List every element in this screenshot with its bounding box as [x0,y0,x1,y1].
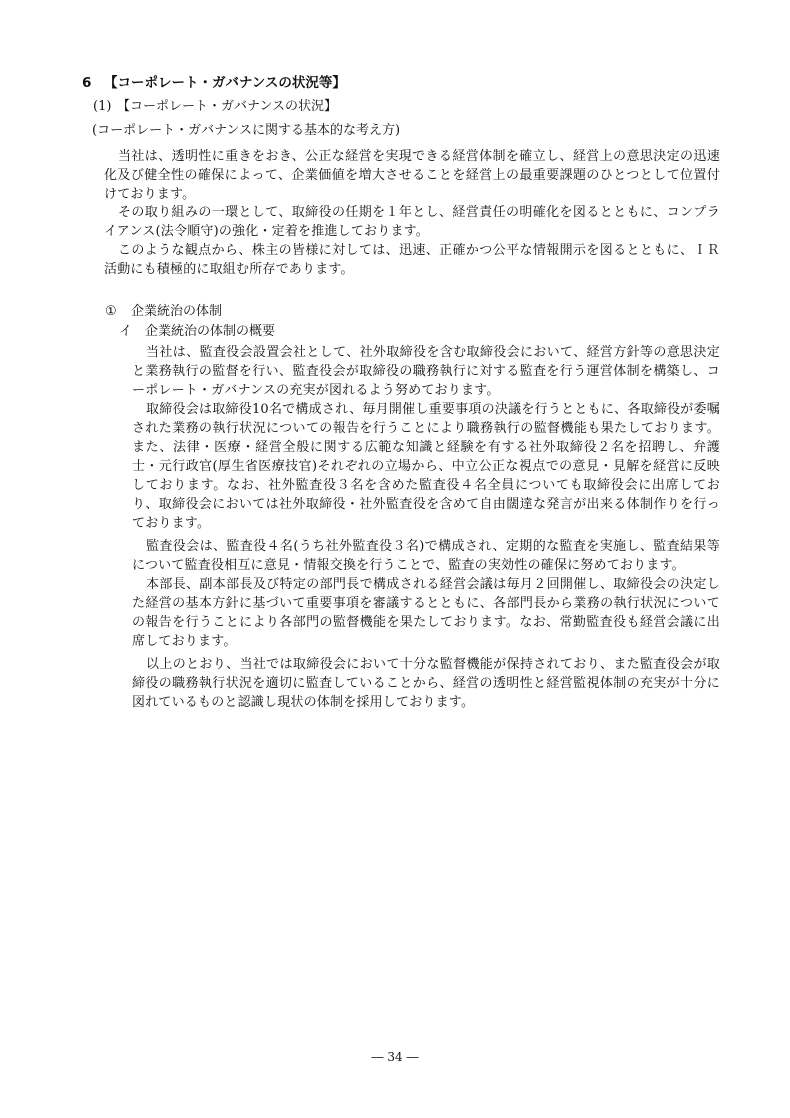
paragraph-line: り、取締役会においては社外取締役・社外監査役を含めて自由闊達な発言が出来る体制作… [132,496,720,514]
paragraph-line: された業務の執行状況についての報告を行うことにより職務執行の監督機能も果たしてお… [132,420,720,438]
paragraph-line: 以上のとおり、当社では取締役会において十分な監督機能が保持されており、また監査役… [146,656,720,674]
item-marker-i: イ [119,323,145,341]
governance-system-title: 企業統治の体制 [131,304,222,319]
paragraph-line: イアンス(法令順守)の強化・定着を推進しております。 [104,223,429,241]
subsection-title: 【コーポレート・ガバナンスの状況】 [117,99,337,114]
basic-policy-heading: (コーポレート・ガバナンスに関する基本的な考え方) [92,122,400,140]
paragraph-line: の報告を行うことにより各部門の監督機能を果たしております。なお、常勤監査役も経営… [132,614,720,632]
paragraph-line: 締役の職務執行状況を適切に監査していることから、経営の透明性と経営監視体制の充実… [132,675,720,693]
section-number: 6 [82,74,104,92]
document-page: 6【コーポレート・ガバナンスの状況等】 (1)【コーポレート・ガバナンスの状況】… [0,0,790,1118]
subsection-number: (1) [93,98,117,116]
paragraph-line: 当社は、監査役会設置会社として、社外取締役を含む取締役会において、経営方針等の意… [146,344,720,362]
paragraph-line: このような観点から、株主の皆様に対しては、迅速、正確かつ公平な情報開示を図るとと… [118,242,720,260]
paragraph-line: 本部長、副本部長及び特定の部門長で構成される経営会議は毎月２回開催し、取締役会の… [146,576,720,594]
paragraph-line: 士・元行政官(厚生省医療技官)それぞれの立場から、中立公正な視点での意見・見解を… [132,458,720,476]
paragraph-line: しております。なお、社外監査役３名を含めた監査役４名全員についても取締役会に出席… [132,477,720,495]
paragraph-line: と業務執行の監督を行い、監査役会が取締役の職務執行に対する監査を行う運営体制を構… [132,363,720,381]
section-title: 【コーポレート・ガバナンスの状況等】 [104,75,346,91]
paragraph-line: ております。 [132,515,210,533]
paragraph-line: 監査役会は、監査役４名(うち社外監査役３名)で構成され、定期的な監査を実施し、監… [146,538,720,556]
paragraph-line: 席しております。 [132,633,237,651]
governance-overview-title: 企業統治の体制の概要 [145,324,275,339]
subsection-heading: (1)【コーポレート・ガバナンスの状況】 [93,98,337,116]
paragraph-line: けております。 [104,186,195,204]
circled-number-1: ① [105,303,131,321]
paragraph-line: 当社は、透明性に重きをおき、公正な経営を実現できる経営体制を確立し、経営上の意思… [118,148,720,166]
governance-overview-heading: イ企業統治の体制の概要 [119,323,275,341]
paragraph-line: について監査役相互に意見・情報交換を行うことで、監査の実効性の確保に努めておりま… [132,557,685,575]
paragraph-line: 図れているものと認識し現状の体制を採用しております。 [132,694,474,712]
paragraph-line: その取り組みの一環として、取締役の任期を１年とし、経営責任の明確化を図るとともに… [118,204,720,222]
paragraph-line: 取締役会は取締役10名で構成され、毎月開催し重要事項の決議を行うとともに、各取締… [146,401,720,419]
page-number: ― 34 ― [0,1049,790,1065]
paragraph-line: また、法律・医療・経営全般に関する広範な知識と経験を有する社外取締役２名を招聘し… [132,439,720,457]
paragraph-line: 活動にも積極的に取組む所存であります。 [104,261,354,279]
governance-system-heading: ①企業統治の体制 [105,303,222,321]
paragraph-line: た経営の基本方針に基づいて重要事項を審議するとともに、各部門長から業務の執行状況… [132,595,720,613]
paragraph-line: ーポレート・ガバナンスの充実が図れるよう努めております。 [132,382,500,400]
section-heading: 6【コーポレート・ガバナンスの状況等】 [82,74,346,92]
paragraph-line: 化及び健全性の確保によって、企業価値を増大させることを経営上の最重要課題のひとつ… [104,167,720,185]
